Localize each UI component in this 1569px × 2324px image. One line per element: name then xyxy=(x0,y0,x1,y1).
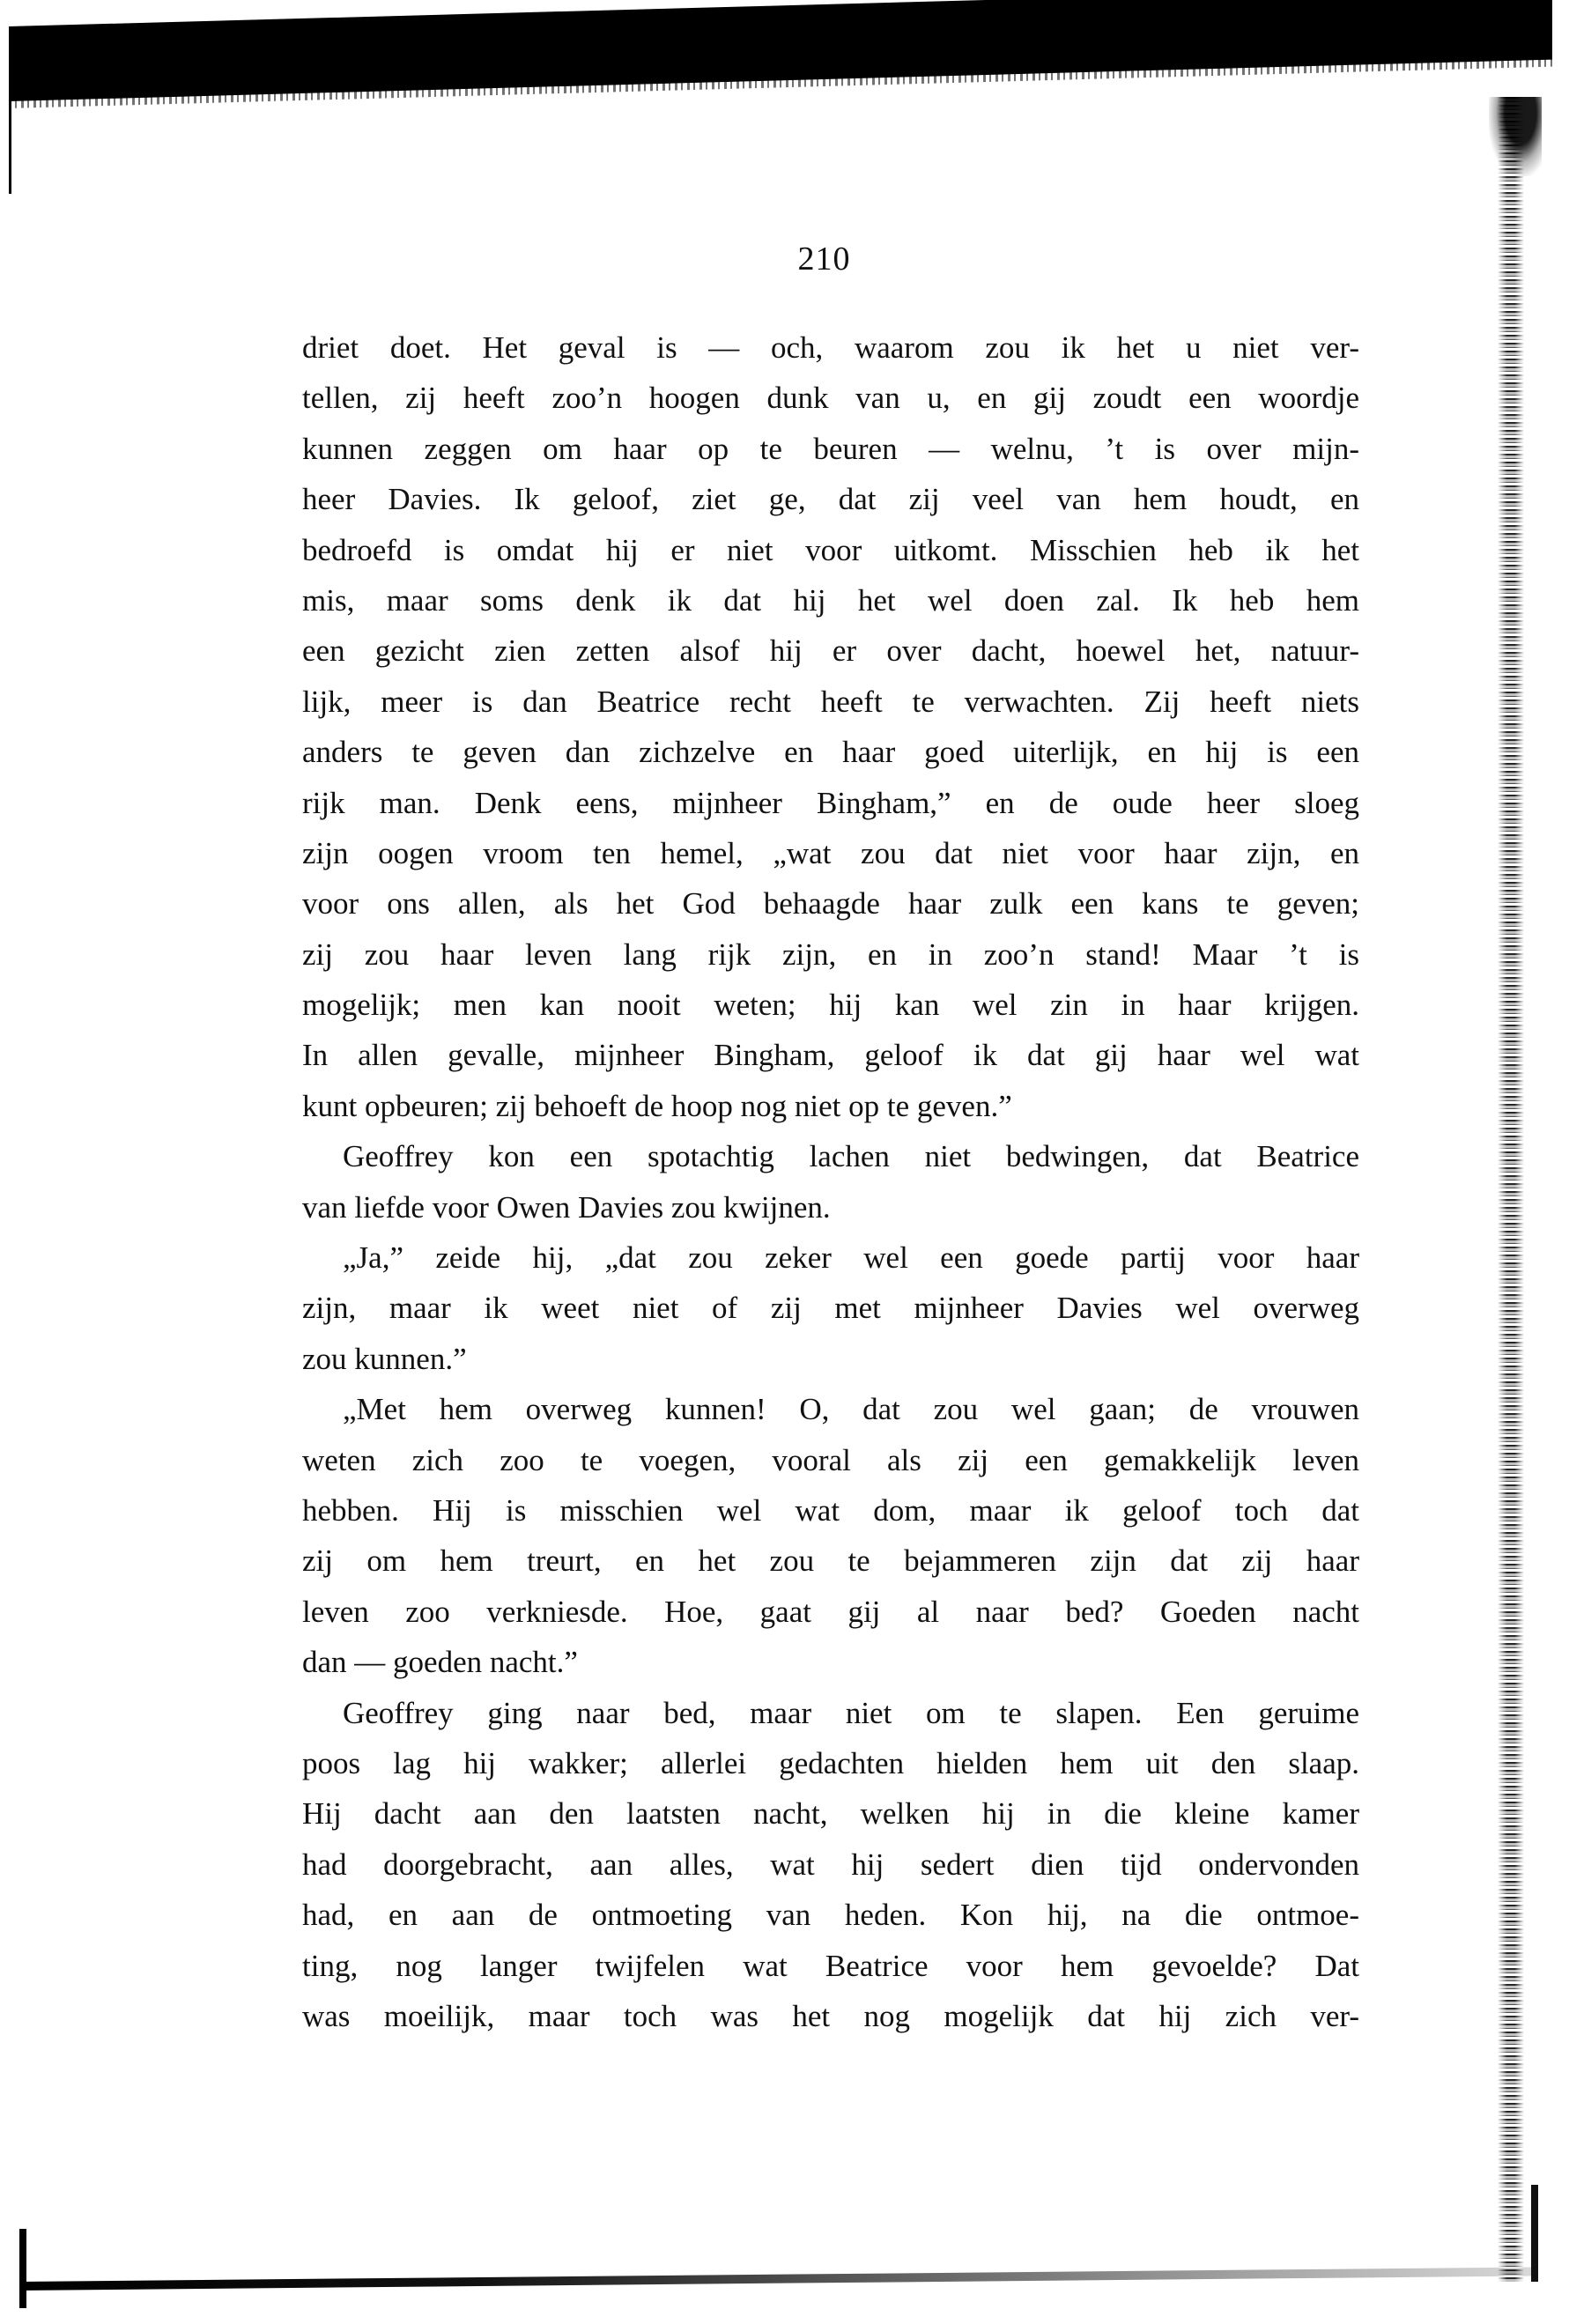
text-line: zij om hem treurt, en het zou te bejamme… xyxy=(302,1536,1359,1586)
body-text: driet doet. Het geval is — och, waarom z… xyxy=(302,322,1359,2041)
text-line: „Ja,” zeide hij, „dat zou zeker wel een … xyxy=(302,1232,1359,1283)
text-line: poos lag hij wakker; allerlei gedachten … xyxy=(302,1738,1359,1788)
text-line: kunnen zeggen om haar op te beuren — wel… xyxy=(302,424,1359,474)
text-line: zijn, maar ik weet niet of zij met mijnh… xyxy=(302,1283,1359,1333)
text-line: bedroefd is omdat hij er niet voor uitko… xyxy=(302,525,1359,575)
text-line: Geoffrey kon een spotachtig lachen niet … xyxy=(302,1131,1359,1181)
scan-border-top xyxy=(9,0,1552,101)
text-line: driet doet. Het geval is — och, waarom z… xyxy=(302,322,1359,373)
text-line: kunt opbeuren; zij behoeft de hoop nog n… xyxy=(302,1081,1359,1131)
text-line: leven zoo verkniesde. Hoe, gaat gij al n… xyxy=(302,1587,1359,1637)
scan-border-bottom xyxy=(19,2267,1535,2291)
text-line: mis, maar soms denk ik dat hij het wel d… xyxy=(302,575,1359,625)
text-line: voor ons allen, als het God behaagde haa… xyxy=(302,878,1359,929)
text-line: In allen gevalle, mijnheer Bingham, gelo… xyxy=(302,1030,1359,1080)
text-line: dan — goeden nacht.” xyxy=(302,1637,1359,1687)
page-number: 210 xyxy=(0,240,1569,278)
text-line: Geoffrey ging naar bed, maar niet om te … xyxy=(302,1688,1359,1738)
text-line: tellen, zij heeft zoo’n hoogen dunk van … xyxy=(302,373,1359,423)
text-line: een gezicht zien zetten alsof hij er ove… xyxy=(302,625,1359,676)
text-line: heer Davies. Ik geloof, ziet ge, dat zij… xyxy=(302,474,1359,524)
text-line: zijn oogen vroom ten hemel, „wat zou dat… xyxy=(302,828,1359,878)
text-line: had, en aan de ontmoeting van heden. Kon… xyxy=(302,1890,1359,1940)
text-line: van liefde voor Owen Davies zou kwijnen. xyxy=(302,1182,1359,1232)
text-line: weten zich zoo te voegen, vooral als zij… xyxy=(302,1435,1359,1485)
text-line: zou kunnen.” xyxy=(302,1334,1359,1384)
scan-border-left xyxy=(9,88,11,194)
text-line: mogelijk; men kan nooit weten; hij kan w… xyxy=(302,980,1359,1030)
scan-border-bottom-right xyxy=(1531,2185,1538,2282)
text-line: anders te geven dan zichzelve en haar go… xyxy=(302,727,1359,777)
text-line: had doorgebracht, aan alles, wat hij sed… xyxy=(302,1839,1359,1890)
text-line: was moeilijk, maar toch was het nog moge… xyxy=(302,1991,1359,2041)
text-line: lijk, meer is dan Beatrice recht heeft t… xyxy=(302,677,1359,727)
text-line: „Met hem overweg kunnen! O, dat zou wel … xyxy=(302,1384,1359,1434)
text-line: zij zou haar leven lang rijk zijn, en in… xyxy=(302,929,1359,980)
text-line: hebben. Hij is misschien wel wat dom, ma… xyxy=(302,1485,1359,1536)
text-line: rijk man. Denk eens, mijnheer Bingham,” … xyxy=(302,778,1359,828)
scan-border-right xyxy=(1498,97,1524,2282)
scan-border-bottom-left xyxy=(19,2229,26,2308)
text-line: ting, nog langer twijfelen wat Beatrice … xyxy=(302,1941,1359,1991)
text-line: Hij dacht aan den laatsten nacht, welken… xyxy=(302,1788,1359,1839)
